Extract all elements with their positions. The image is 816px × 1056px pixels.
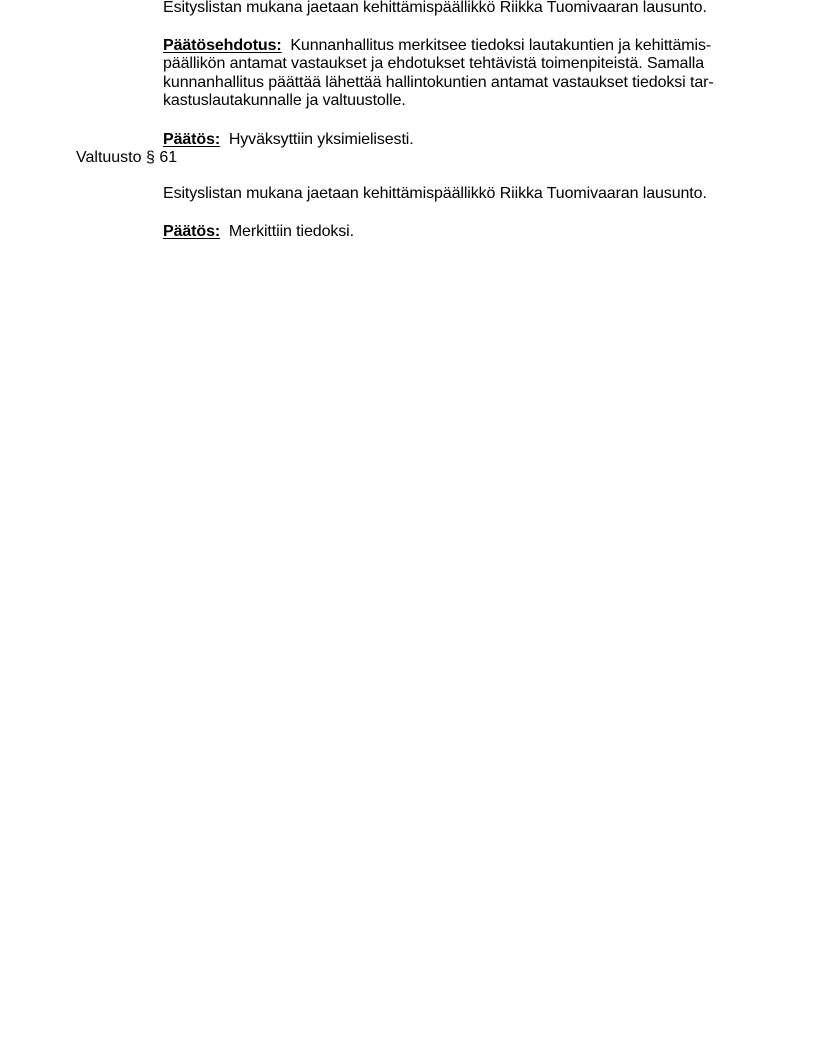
section2-intro: Esityslistan mukana jaetaan kehittämispä…	[163, 185, 728, 203]
proposal-line-4: kastuslautakunnalle ja valtuustolle.	[163, 92, 728, 110]
decision-text: Merkittiin tiedoksi.	[229, 223, 354, 240]
decision-label: Päätös:	[163, 223, 220, 240]
section2-decision: Päätös: Merkittiin tiedoksi.	[163, 223, 728, 241]
section1-proposal: Päätösehdotus: Kunnanhallitus merkitsee …	[163, 37, 728, 111]
section1-intro: Esityslistan mukana jaetaan kehittämispä…	[163, 0, 728, 17]
section2-heading: Valtuusto § 61	[76, 149, 177, 167]
decision-text: Hyväksyttiin yksimielisesti.	[229, 131, 414, 148]
section1-decision: Päätös: Hyväksyttiin yksimielisesti.	[163, 131, 728, 149]
proposal-label: Päätösehdotus:	[163, 37, 282, 54]
proposal-line-2: päällikön antamat vastaukset ja ehdotuks…	[163, 55, 728, 73]
decision-label: Päätös:	[163, 131, 220, 148]
proposal-line-3: kunnanhallitus päättää lähettää hallinto…	[163, 74, 728, 92]
proposal-line-1: Päätösehdotus: Kunnanhallitus merkitsee …	[163, 37, 728, 55]
proposal-text-1: Kunnanhallitus merkitsee tiedoksi lautak…	[290, 37, 711, 54]
document-page: Esityslistan mukana jaetaan kehittämispä…	[0, 0, 816, 1056]
